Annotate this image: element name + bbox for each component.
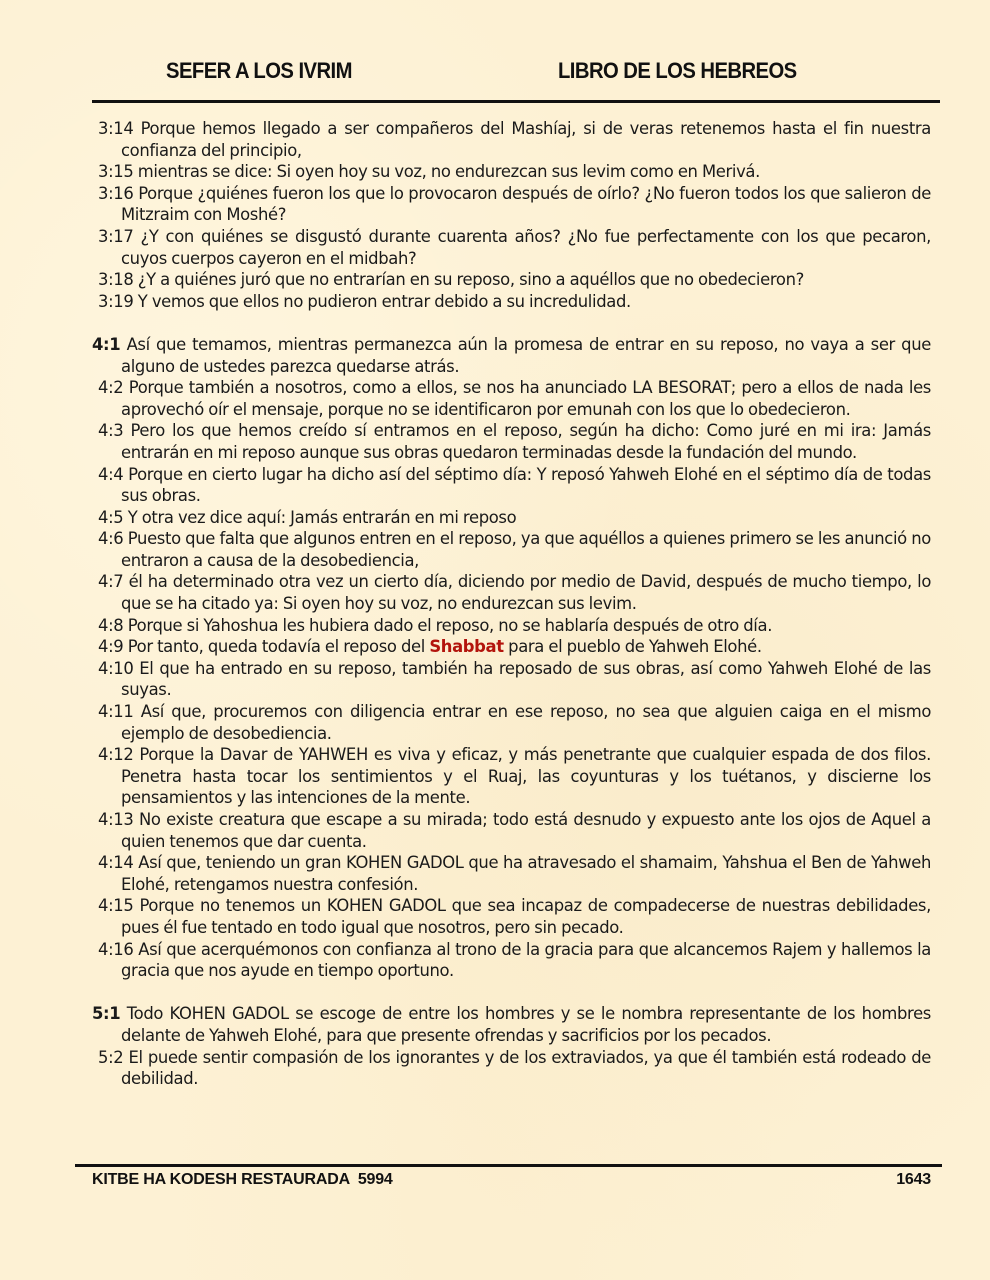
verse-text: Así que acerquémonos con confianza al tr… (121, 940, 931, 981)
verse-ref: 3:19 (98, 292, 133, 311)
verse: 4:13 No existe creatura que escape a su … (92, 809, 931, 852)
verse-text-before: Por tanto, queda todavía el reposo del (128, 637, 425, 656)
verse-text: El puede sentir compasión de los ignoran… (121, 1048, 931, 1089)
chapter-spacer (92, 982, 931, 1004)
verse: 3:18 ¿Y a quiénes juró que no entrarían … (92, 269, 931, 291)
verse-text: Porque la Davar de YAHWEH es viva y efic… (121, 745, 931, 807)
header-book-title-hebrew: SEFER A LOS IVRIM (166, 58, 352, 84)
verse-text: No existe creatura que escape a su mirad… (121, 810, 931, 851)
verse-ref: 3:18 (98, 270, 133, 289)
verse-ref: 4:11 (98, 702, 133, 721)
verse-chapter-start: 4:1 Así que temamos, mientras permanezca… (92, 334, 931, 377)
verse-text: Porque en cierto lugar ha dicho así del … (121, 465, 931, 506)
verse: 4:4 Porque en cierto lugar ha dicho así … (92, 464, 931, 507)
verse-text: Y otra vez dice aquí: Jamás entrarán en … (128, 508, 517, 527)
verse: 3:15 mientras se dice: Si oyen hoy su vo… (92, 161, 931, 183)
verse-text: Así que temamos, mientras permanezca aún… (121, 335, 931, 376)
verse-text: ¿Y con quiénes se disgustó durante cuare… (121, 227, 931, 268)
verse: 4:9 Por tanto, queda todavía el reposo d… (92, 636, 931, 658)
verse: 4:5 Y otra vez dice aquí: Jamás entrarán… (92, 507, 931, 529)
footer-edition-title: KITBE HA KODESH RESTAURADA 5994 (92, 1171, 393, 1189)
header-book-title-spanish: LIBRO DE LOS HEBREOS (558, 58, 797, 84)
verse-text: Porque no tenemos un KOHEN GADOL que sea… (121, 896, 931, 937)
verse-text: Porque ¿quiénes fueron los que lo provoc… (121, 184, 931, 225)
footer-divider (75, 1164, 942, 1167)
verse: 4:7 él ha determinado otra vez un cierto… (92, 571, 931, 614)
verse-text: Porque también a nosotros, como a ellos,… (121, 378, 931, 419)
verse-text-after: para el pueblo de Yahweh Elohé. (508, 637, 762, 656)
verse-ref: 3:16 (98, 184, 133, 203)
verse: 4:8 Porque si Yahoshua les hubiera dado … (92, 615, 931, 637)
verse-ref: 3:14 (98, 119, 133, 138)
verse-ref: 4:13 (98, 810, 133, 829)
verse-text: ¿Y a quiénes juró que no entrarían en su… (138, 270, 804, 289)
verse: 3:16 Porque ¿quiénes fueron los que lo p… (92, 183, 931, 226)
page-header: SEFER A LOS IVRIM LIBRO DE LOS HEBREOS (92, 58, 940, 92)
header-divider (92, 100, 940, 103)
verse-ref: 3:15 (98, 162, 133, 181)
page-body: 3:14 Porque hemos llegado a ser compañer… (92, 118, 931, 1090)
verse: 4:2 Porque también a nosotros, como a el… (92, 377, 931, 420)
verse: 4:16 Así que acerquémonos con confianza … (92, 939, 931, 982)
verse: 4:11 Así que, procuremos con diligencia … (92, 701, 931, 744)
verse-ref: 5:2 (98, 1048, 123, 1067)
verse-text: Y vemos que ellos no pudieron entrar deb… (138, 292, 631, 311)
document-page: SEFER A LOS IVRIM LIBRO DE LOS HEBREOS 3… (0, 0, 990, 1280)
verse-ref: 4:8 (98, 616, 123, 635)
verse-text: Pero los que hemos creído sí entramos en… (121, 421, 931, 462)
verse: 3:14 Porque hemos llegado a ser compañer… (92, 118, 931, 161)
verse-ref: 4:15 (98, 896, 133, 915)
verse-text: El que ha entrado en su reposo, también … (121, 659, 931, 700)
verse-ref: 5:1 (92, 1004, 120, 1023)
verse-chapter-start: 5:1 Todo KOHEN GADOL se escoge de entre … (92, 1003, 931, 1046)
verse-ref: 4:10 (98, 659, 133, 678)
verse: 3:17 ¿Y con quiénes se disgustó durante … (92, 226, 931, 269)
verse-ref: 4:14 (98, 853, 133, 872)
verse: 4:14 Así que, teniendo un gran KOHEN GAD… (92, 852, 931, 895)
verse-ref: 4:16 (98, 940, 133, 959)
page-number: 1643 (896, 1171, 931, 1189)
verse-ref: 4:2 (98, 378, 123, 397)
verse-ref: 4:4 (98, 465, 123, 484)
verse-ref: 4:6 (98, 529, 123, 548)
verse: 4:6 Puesto que falta que algunos entren … (92, 528, 931, 571)
verse: 4:12 Porque la Davar de YAHWEH es viva y… (92, 744, 931, 809)
verse-text: Puesto que falta que algunos entren en e… (121, 529, 931, 570)
verse-text: Así que, procuremos con diligencia entra… (121, 702, 931, 743)
verse-ref: 4:3 (98, 421, 123, 440)
verse-text: él ha determinado otra vez un cierto día… (121, 572, 931, 613)
verse-text: Porque si Yahoshua les hubiera dado el r… (128, 616, 772, 635)
verse-ref: 4:9 (98, 637, 123, 656)
verse-text: Así que, teniendo un gran KOHEN GADOL qu… (121, 853, 931, 894)
verse: 4:15 Porque no tenemos un KOHEN GADOL qu… (92, 895, 931, 938)
verse: 4:10 El que ha entrado en su reposo, tam… (92, 658, 931, 701)
verse: 3:19 Y vemos que ellos no pudieron entra… (92, 291, 931, 313)
verse-ref: 4:1 (92, 335, 120, 354)
verse: 4:3 Pero los que hemos creído sí entramo… (92, 420, 931, 463)
verse-text: mientras se dice: Si oyen hoy su voz, no… (138, 162, 760, 181)
highlighted-word-shabbat: Shabbat (429, 637, 503, 656)
verse: 5:2 El puede sentir compasión de los ign… (92, 1047, 931, 1090)
chapter-spacer (92, 312, 931, 334)
verse-ref: 4:12 (98, 745, 133, 764)
verse-text: Todo KOHEN GADOL se escoge de entre los … (121, 1004, 931, 1045)
verse-ref: 4:7 (98, 572, 123, 591)
verse-ref: 4:5 (98, 508, 123, 527)
verse-ref: 3:17 (98, 227, 133, 246)
verse-text: Porque hemos llegado a ser compañeros de… (121, 119, 931, 160)
